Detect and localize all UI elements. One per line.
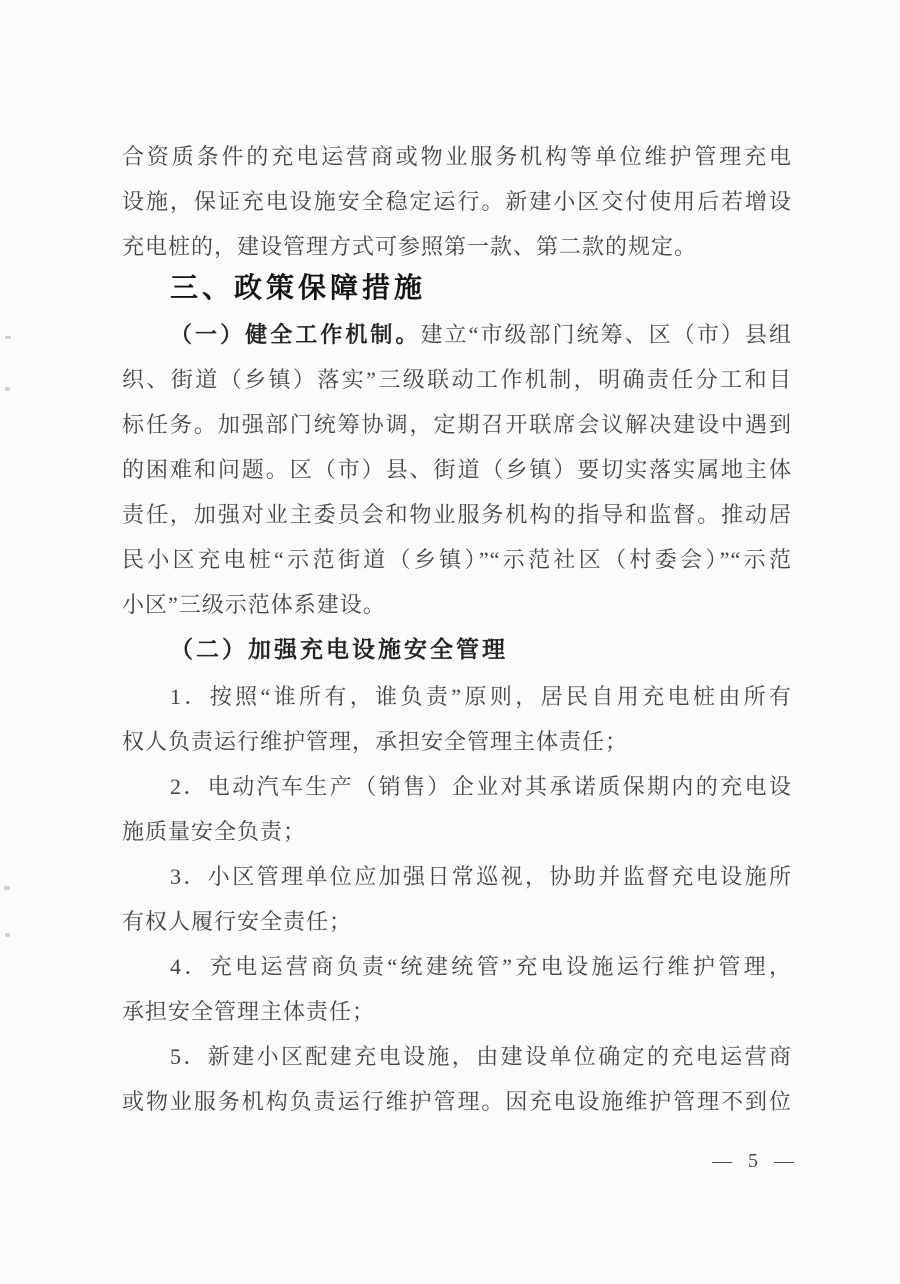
line-text: 的困难和问题。区（市）县、街道（乡镇）要切实落实属地主体 xyxy=(122,457,792,482)
text-line: 民小区充电桩“示范街道（乡镇）”“示范社区（村委会）”“示范 xyxy=(122,543,792,577)
scan-speck xyxy=(5,933,10,937)
text-line: 承担安全管理主体责任； xyxy=(122,995,792,1029)
heading-text: 三、政策保障措施 xyxy=(170,272,426,303)
line-text: 有权人履行安全责任； xyxy=(122,909,352,934)
text-line: 权人负责运行维护管理，承担安全管理主体责任； xyxy=(122,725,792,759)
line-text: 2．电动汽车生产（销售）企业对其承诺质保期内的充电设 xyxy=(170,774,792,799)
text-line: 充电桩的，建设管理方式可参照第一款、第二款的规定。 xyxy=(122,230,792,264)
line-text: 设施，保证充电设施安全稳定运行。新建小区交付使用后若增设 xyxy=(122,189,792,214)
text-line: 4．充电运营商负责“统建统管”充电设施运行维护管理， xyxy=(122,950,792,984)
text-line: 5．新建小区配建充电设施，由建设单位确定的充电运营商 xyxy=(122,1040,792,1074)
line-text: 施质量安全负责； xyxy=(122,819,306,844)
run-in-heading: （一）健全工作机制。 xyxy=(170,322,420,347)
text-line: 1．按照“谁所有，谁负责”原则，居民自用充电桩由所有 xyxy=(122,680,792,714)
line-text: 小区”三级示范体系建设。 xyxy=(122,592,386,617)
heading-text: （二）加强充电设施安全管理 xyxy=(170,637,508,662)
page-number: — 5 — xyxy=(712,1150,795,1173)
text-line: 责任，加强对业主委员会和物业服务机构的指导和监督。推动居 xyxy=(122,498,792,532)
subsection-heading: （二）加强充电设施安全管理 xyxy=(122,633,792,667)
line-text: 织、街道（乡镇）落实”三级联动工作机制，明确责任分工和目 xyxy=(122,367,792,392)
text-line: 的困难和问题。区（市）县、街道（乡镇）要切实落实属地主体 xyxy=(122,453,792,487)
scan-speck xyxy=(5,336,11,339)
text-line: （一）健全工作机制。建立“市级部门统筹、区（市）县组 xyxy=(122,318,792,352)
text-line: 有权人履行安全责任； xyxy=(122,905,792,939)
text-line: 3．小区管理单位应加强日常巡视，协助并监督充电设施所 xyxy=(122,860,792,894)
text-line: 标任务。加强部门统筹协调，定期召开联席会议解决建设中遇到 xyxy=(122,408,792,442)
text-line: 设施，保证充电设施安全稳定运行。新建小区交付使用后若增设 xyxy=(122,185,792,219)
line-text: 或物业服务机构负责运行维护管理。因充电设施维护管理不到位 xyxy=(122,1089,792,1114)
line-text: 1．按照“谁所有，谁负责”原则，居民自用充电桩由所有 xyxy=(170,684,792,709)
text-line: 或物业服务机构负责运行维护管理。因充电设施维护管理不到位 xyxy=(122,1085,792,1119)
line-text: 责任，加强对业主委员会和物业服务机构的指导和监督。推动居 xyxy=(122,502,792,527)
scan-speck xyxy=(5,387,10,391)
line-text: 权人负责运行维护管理，承担安全管理主体责任； xyxy=(122,729,628,754)
text-line: 2．电动汽车生产（销售）企业对其承诺质保期内的充电设 xyxy=(122,770,792,804)
line-text: 承担安全管理主体责任； xyxy=(122,999,375,1024)
line-text: 充电桩的，建设管理方式可参照第一款、第二款的规定。 xyxy=(122,234,697,259)
section-heading: 三、政策保障措施 xyxy=(122,271,792,305)
scan-speck xyxy=(4,886,10,890)
line-text: 3．小区管理单位应加强日常巡视，协助并监督充电设施所 xyxy=(170,864,792,889)
text-line: 小区”三级示范体系建设。 xyxy=(122,588,792,622)
line-text: 4．充电运营商负责“统建统管”充电设施运行维护管理， xyxy=(170,954,792,979)
line-text: 5．新建小区配建充电设施，由建设单位确定的充电运营商 xyxy=(170,1044,792,1069)
line-text: 标任务。加强部门统筹协调，定期召开联席会议解决建设中遇到 xyxy=(122,412,792,437)
text-line: 织、街道（乡镇）落实”三级联动工作机制，明确责任分工和目 xyxy=(122,363,792,397)
document-page: 合资质条件的充电运营商或物业服务机构等单位维护管理充电 设施，保证充电设施安全稳… xyxy=(0,0,900,1284)
line-text: 民小区充电桩“示范街道（乡镇）”“示范社区（村委会）”“示范 xyxy=(122,547,792,572)
text-line: 合资质条件的充电运营商或物业服务机构等单位维护管理充电 xyxy=(122,140,792,174)
line-text: 建立“市级部门统筹、区（市）县组 xyxy=(420,322,792,347)
text-line: 施质量安全负责； xyxy=(122,815,792,849)
line-text: 合资质条件的充电运营商或物业服务机构等单位维护管理充电 xyxy=(122,144,792,169)
